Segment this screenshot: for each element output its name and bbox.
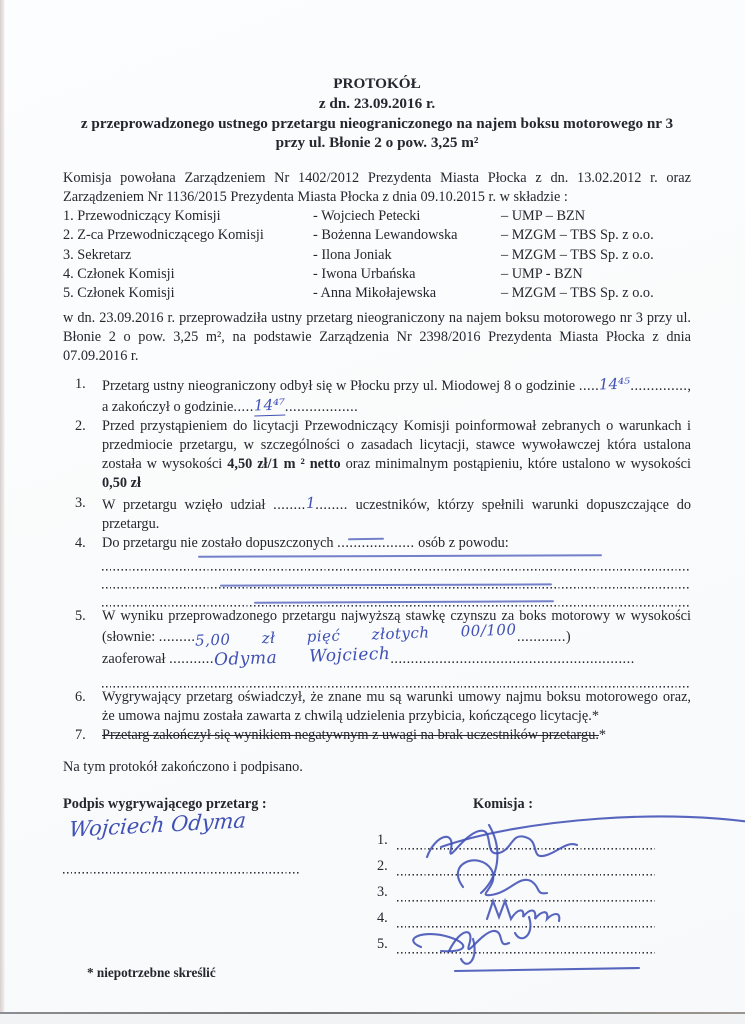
- committee-signatures-label: Komisja :: [473, 795, 691, 814]
- committee-row: 2. Z-ca Przewodniczącego Komisji - Bożen…: [63, 226, 691, 245]
- pen-stroke: [254, 600, 554, 604]
- document-title: PROTOKÓŁ: [63, 74, 691, 94]
- winner-signature-block: Podpis wygrywającego przetarg : Wojciech…: [63, 795, 335, 954]
- committee-member-org: – UMP - BZN: [501, 265, 691, 284]
- list-item-2: 2. Przed przystąpieniem do licytacji Prz…: [75, 417, 691, 494]
- pen-stroke: [220, 583, 552, 586]
- signature-line-number: 1.: [377, 831, 397, 850]
- list-item-7: 7. Przetarg zakończył się wynikiem negat…: [75, 726, 691, 745]
- dotted-filler: .........: [159, 629, 196, 645]
- dotted-filler: ........: [315, 497, 348, 513]
- committee-member-org: – UMP – BZN: [501, 207, 691, 226]
- committee-signature-line-4: 4.: [377, 902, 691, 928]
- dotted-filler: ........................................…: [390, 651, 634, 667]
- dotted-blank-line: [102, 589, 691, 607]
- item5-text2: ): [566, 629, 571, 645]
- dotted-filler: ..................: [285, 399, 358, 415]
- handwritten-winner-name: Odyma Wojciech: [214, 643, 391, 672]
- list-item-1: 1. Przetarg ustny nieograniczony odbył s…: [75, 375, 691, 417]
- committee-row: 3. Sekretarz - Ilona Joniak – MZGM – TBS…: [63, 246, 691, 265]
- handwritten-participant-count: 1: [305, 492, 315, 512]
- signature-dotted-line: [397, 860, 655, 876]
- committee-signature-line-2: 2.: [377, 850, 691, 876]
- committee-list: 1. Przewodniczący Komisji - Wojciech Pet…: [63, 207, 691, 303]
- item-number: 3.: [75, 494, 102, 534]
- dotted-filler: .....: [233, 399, 253, 415]
- item-number: 1.: [75, 375, 102, 417]
- committee-row: 5. Członek Komisji - Anna Mikołajewska –…: [63, 284, 691, 303]
- committee-member-org: – MZGM – TBS Sp. z o.o.: [501, 284, 691, 303]
- signature-dotted-line: [397, 912, 655, 928]
- pen-stroke: [198, 554, 602, 557]
- item-number: 4.: [75, 534, 102, 607]
- committee-role: 2. Z-ca Przewodniczącego Komisji: [63, 226, 313, 245]
- item4-text2: osób z powodu:: [415, 535, 509, 551]
- item2-bold-rate: 4,50 zł/1 m ² netto: [227, 456, 340, 472]
- list-item-4: 4. Do przetargu nie zostało dopuszczonyc…: [75, 534, 691, 607]
- document-content: PROTOKÓŁ z dn. 23.09.2016 r. z przeprowa…: [63, 74, 691, 982]
- committee-member-name: - Iwona Urbańska: [313, 265, 501, 284]
- item-number: 5.: [75, 607, 102, 688]
- item-text: Przetarg zakończył się wynikiem negatywn…: [102, 726, 691, 745]
- signature-line-number: 4.: [377, 909, 397, 928]
- item-text: Wygrywający przetarg oświadczył, że znan…: [102, 688, 691, 726]
- signature-line-number: 3.: [377, 883, 397, 902]
- dotted-filler: ........: [273, 497, 306, 513]
- item3-text: W przetargu wzięło udział: [102, 497, 273, 513]
- item-number: 7.: [75, 726, 102, 745]
- committee-intro: Komisja powołana Zarządzeniem Nr 1402/20…: [63, 169, 691, 207]
- numbered-list: 1. Przetarg ustny nieograniczony odbył s…: [63, 375, 691, 746]
- document-subject-line2: przy ul. Błonie 2 o pow. 3,25 m²: [63, 133, 691, 153]
- item-text: W wyniku przeprowadzonego przetargu najw…: [102, 607, 691, 688]
- item2-text2: oraz minimalnym postąpieniu, które ustal…: [341, 456, 691, 472]
- list-item-5: 5. W wyniku przeprowadzonego przetargu n…: [75, 607, 691, 688]
- item7-struck-text: Przetarg zakończył się wynikiem negatywn…: [102, 727, 599, 743]
- committee-signature-block: Komisja : 1. 2. 3. 4. 5.: [377, 795, 691, 954]
- committee-signature-line-1: 1.: [377, 824, 691, 850]
- dotted-blank-line: [102, 571, 691, 589]
- committee-role: 4. Członek Komisji: [63, 265, 313, 284]
- committee-member-name: - Wojciech Petecki: [313, 207, 501, 226]
- pen-stroke: [348, 537, 384, 540]
- handwritten-start-time: 14⁴⁵: [599, 373, 631, 394]
- document-subject-line1: z przeprowadzonego ustnego przetargu nie…: [63, 114, 691, 134]
- dotted-filler: ............: [517, 629, 566, 645]
- committee-row: 4. Członek Komisji - Iwona Urbańska – UM…: [63, 265, 691, 284]
- closing-statement: Na tym protokół zakończono i podpisano.: [63, 758, 691, 777]
- committee-member-name: - Bożenna Lewandowska: [313, 226, 501, 245]
- scan-paper-under-edge: [0, 1014, 745, 1024]
- dotted-filler: .....: [579, 378, 599, 394]
- committee-signature-line-3: 3.: [377, 876, 691, 902]
- item6-text: Wygrywający przetarg oświadczył, że znan…: [102, 689, 691, 724]
- dotted-blank-line: [102, 670, 691, 688]
- list-item-6: 6. Wygrywający przetarg oświadczył, że z…: [75, 688, 691, 726]
- item4-text: Do przetargu nie zostało dopuszczonych: [102, 535, 337, 551]
- item-number: 6.: [75, 688, 102, 726]
- committee-member-name: - Anna Mikołajewska: [313, 284, 501, 303]
- item2-bold-step: 0,50 zł: [102, 475, 141, 491]
- committee-role: 1. Przewodniczący Komisji: [63, 207, 313, 226]
- item-text: Przed przystąpieniem do licytacji Przewo…: [102, 417, 691, 494]
- dotted-filler: ..............: [630, 378, 687, 394]
- list-item-3: 3. W przetargu wzięło udział ........1..…: [75, 494, 691, 534]
- item-number: 2.: [75, 417, 102, 494]
- handwritten-end-time: 14⁴⁷: [253, 394, 285, 416]
- committee-role: 3. Sekretarz: [63, 246, 313, 265]
- signature-dotted-line: [397, 938, 655, 954]
- signature-line-number: 2.: [377, 857, 397, 876]
- scan-edge-bottom: [0, 1012, 745, 1014]
- dotted-filler: ...........: [169, 651, 214, 667]
- item-text: Do przetargu nie zostało dopuszczonych .…: [102, 534, 691, 607]
- footnote: * niepotrzebne skreślić: [87, 964, 691, 982]
- item-text: Przetarg ustny nieograniczony odbył się …: [102, 375, 691, 417]
- winner-signature-line: [63, 856, 301, 874]
- scanned-protocol-page: PROTOKÓŁ z dn. 23.09.2016 r. z przeprowa…: [0, 0, 745, 1024]
- committee-signature-line-5: 5.: [377, 928, 691, 954]
- committee-role: 5. Członek Komisji: [63, 284, 313, 303]
- committee-member-org: – MZGM – TBS Sp. z o.o.: [501, 246, 691, 265]
- document-date: z dn. 23.09.2016 r.: [63, 94, 691, 114]
- conduct-paragraph: w dn. 23.09.2016 r. przeprowadziła ustny…: [63, 309, 691, 366]
- item1-text: Przetarg ustny nieograniczony odbył się …: [102, 378, 579, 394]
- signature-section: Podpis wygrywającego przetarg : Wojciech…: [63, 795, 691, 954]
- document-header: PROTOKÓŁ z dn. 23.09.2016 r. z przeprowa…: [63, 74, 691, 153]
- signature-line-number: 5.: [377, 935, 397, 954]
- item7-asterisk: *: [599, 727, 606, 743]
- signature-dotted-line: [397, 834, 655, 850]
- committee-row: 1. Przewodniczący Komisji - Wojciech Pet…: [63, 207, 691, 226]
- committee-member-org: – MZGM – TBS Sp. z o.o.: [501, 226, 691, 245]
- item-text: W przetargu wzięło udział ........1.....…: [102, 494, 691, 534]
- signature-dotted-line: [397, 886, 655, 902]
- committee-member-name: - Ilona Joniak: [313, 246, 501, 265]
- scan-edge-left: [0, 0, 5, 1024]
- dotted-blank-line: [102, 553, 691, 571]
- item5-text3: zaoferował: [102, 651, 169, 667]
